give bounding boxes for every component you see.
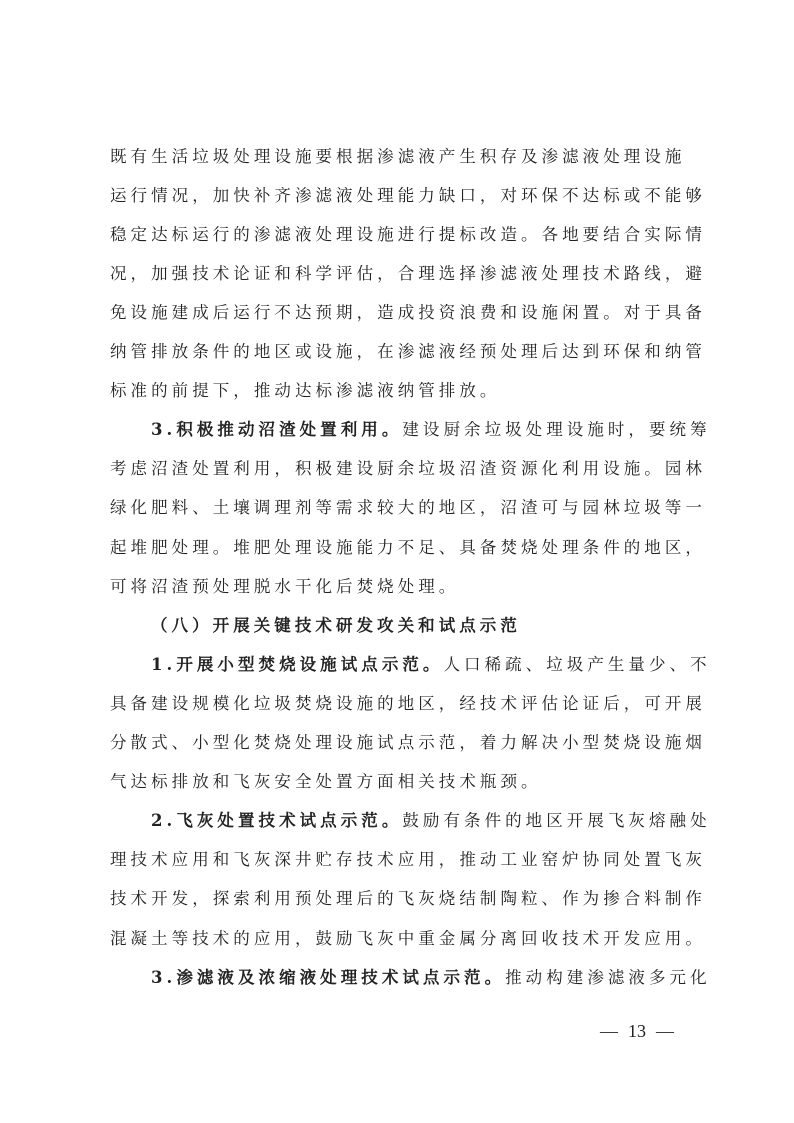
item-heading: 3.积极推动沼渣处置利用。 — [151, 420, 402, 439]
paragraph-line: 混凝土等技术的应用，鼓励飞灰中重金属分离回收技术开发应用。 — [110, 919, 683, 958]
paragraph-line: 运行情况，加快补齐渗滤液处理能力缺口，对环保不达标或不能够 — [110, 176, 683, 215]
paragraph-line-last: 气达标排放和飞灰安全处置方面相关技术瓶颈。 — [110, 762, 683, 801]
page-number-dash-left: — — [600, 1019, 618, 1043]
paragraph-first-line: 1.开展小型焚烧设施试点示范。人口稀疏、垃圾产生量少、不 — [151, 645, 683, 684]
paragraph-first-line: 2.飞灰处置技术试点示范。鼓励有条件的地区开展飞灰熔融处 — [151, 801, 683, 840]
page-number: —13— — [600, 1019, 674, 1043]
paragraph-line: 既有生活垃圾处理设施要根据渗滤液产生积存及渗滤液处理设施 — [110, 137, 683, 176]
paragraph-line: 免设施建成后运行不达预期，造成投资浪费和设施闲置。对于具备 — [110, 293, 683, 332]
page-number-value: 13 — [628, 1019, 646, 1043]
paragraph-line: 纳管排放条件的地区或设施，在渗滤液经预处理后达到环保和纳管 — [110, 332, 683, 371]
paragraph-line: 具备建设规模化垃圾焚烧设施的地区，经技术评估论证后，可开展 — [110, 684, 683, 723]
paragraph-first-line: 3.渗滤液及浓缩液处理技术试点示范。推动构建渗滤液多元化 — [151, 958, 683, 997]
paragraph-line: 况，加强技术论证和科学评估，合理选择渗滤液处理技术路线，避 — [110, 254, 683, 293]
item-heading: 1.开展小型焚烧设施试点示范。 — [151, 655, 443, 674]
paragraph-line: 分散式、小型化焚烧处理设施试点示范，着力解决小型焚烧设施烟 — [110, 723, 683, 762]
paragraph-line: 稳定达标运行的渗滤液处理设施进行提标改造。各地要结合实际情 — [110, 215, 683, 254]
paragraph-first-line: 3.积极推动沼渣处置利用。建设厨余垃圾处理设施时，要统筹 — [151, 410, 683, 449]
paragraph-line: 起堆肥处理。堆肥处理设施能力不足、具备焚烧处理条件的地区， — [110, 528, 683, 567]
paragraph-text: 人口稀疏、垃圾产生量少、不 — [443, 655, 710, 674]
item-heading: 3.渗滤液及浓缩液处理技术试点示范。 — [151, 968, 505, 987]
document-page: 既有生活垃圾处理设施要根据渗滤液产生积存及渗滤液处理设施 运行情况，加快补齐渗滤… — [0, 0, 794, 1123]
paragraph-line: 绿化肥料、土壤调理剂等需求较大的地区，沼渣可与园林垃圾等一 — [110, 488, 683, 527]
item-heading: 2.飞灰处置技术试点示范。 — [151, 811, 402, 830]
paragraph-line: 技术开发，探索利用预处理后的飞灰烧结制陶粒、作为掺合料制作 — [110, 879, 683, 918]
paragraph-line-last: 可将沼渣预处理脱水干化后焚烧处理。 — [110, 567, 683, 606]
paragraph-line-last: 标准的前提下，推动达标渗滤液纳管排放。 — [110, 371, 683, 410]
section-heading: （八）开展关键技术研发攻关和试点示范 — [151, 606, 683, 645]
page-number-dash-right: — — [656, 1019, 674, 1043]
paragraph-text: 推动构建渗滤液多元化 — [505, 968, 711, 987]
paragraph-text: 建设厨余垃圾处理设施时，要统筹 — [402, 420, 710, 439]
paragraph-line: 理技术应用和飞灰深井贮存技术应用，推动工业窑炉协同处置飞灰 — [110, 840, 683, 879]
paragraph-line: 考虑沼渣处置利用，积极建设厨余垃圾沼渣资源化利用设施。园林 — [110, 449, 683, 488]
paragraph-text: 鼓励有条件的地区开展飞灰熔融处 — [402, 811, 710, 830]
